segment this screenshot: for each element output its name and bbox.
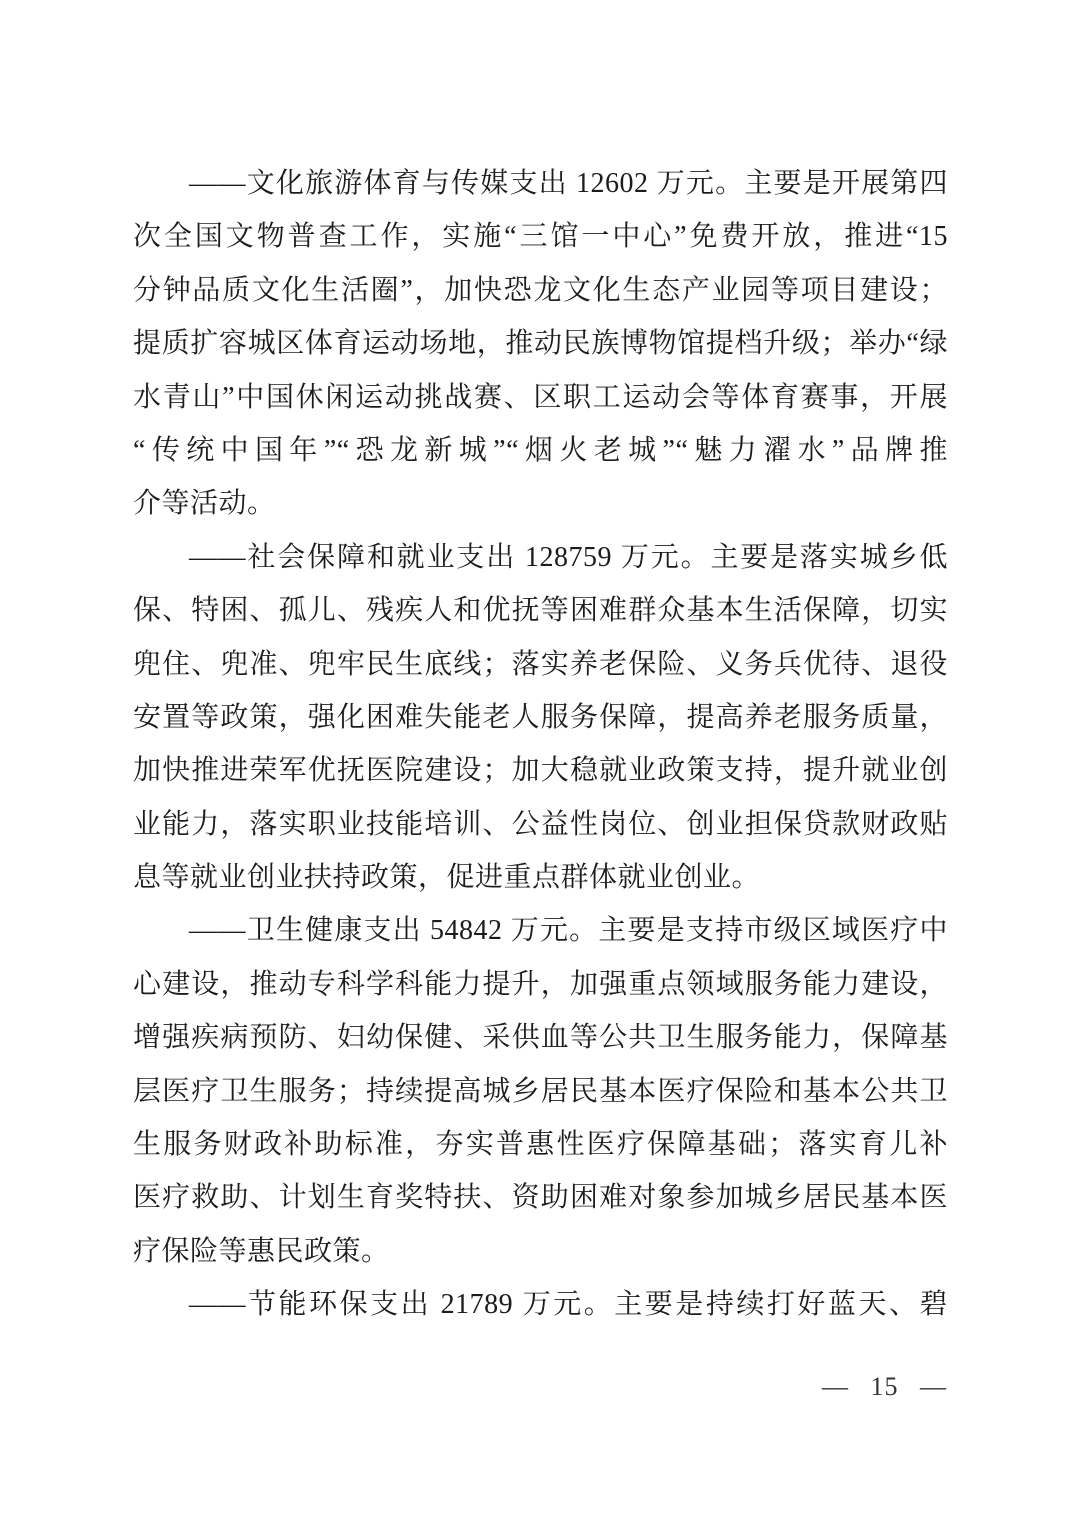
- text-line: ——节能环保支出 21789 万元。主要是持续打好蓝天、碧水、: [133, 1278, 948, 1331]
- text-line: 生服务财政补助标准，夯实普惠性医疗保障基础；落实育儿补贴、: [133, 1118, 948, 1171]
- document-body: ——文化旅游体育与传媒支出 12602 万元。主要是开展第四次全国文物普查工作，…: [133, 157, 948, 1332]
- text-line: 提质扩容城区体育运动场地，推动民族博物馆提档升级；举办“绿: [133, 317, 948, 370]
- text-line: 增强疾病预防、妇幼保健、采供血等公共卫生服务能力，保障基: [133, 1011, 948, 1064]
- document-page: ——文化旅游体育与传媒支出 12602 万元。主要是开展第四次全国文物普查工作，…: [0, 0, 1074, 1520]
- text-line: “传统中国年”“恐龙新城”“烟火老城”“魅力濯水”品牌推: [133, 424, 948, 477]
- text-line: ——文化旅游体育与传媒支出 12602 万元。主要是开展第四: [133, 157, 948, 210]
- text-line: 次全国文物普查工作，实施“三馆一中心”免费开放，推进“15: [133, 210, 948, 263]
- text-line: 安置等政策，强化困难失能老人服务保障，提高养老服务质量，: [133, 691, 948, 744]
- text-line: 分钟品质文化生活圈”，加快恐龙文化生态产业园等项目建设；: [133, 264, 948, 317]
- text-line: 加快推进荣军优抚医院建设；加大稳就业政策支持，提升就业创: [133, 744, 948, 797]
- text-line: ——卫生健康支出 54842 万元。主要是支持市级区域医疗中: [133, 904, 948, 957]
- text-line: 层医疗卫生服务；持续提高城乡居民基本医疗保险和基本公共卫: [133, 1065, 948, 1118]
- text-line: 水青山”中国休闲运动挑战赛、区职工运动会等体育赛事，开展: [133, 371, 948, 424]
- text-line: 保、特困、孤儿、残疾人和优抚等困难群众基本生活保障，切实: [133, 584, 948, 637]
- text-line: 息等就业创业扶持政策，促进重点群体就业创业。: [133, 851, 948, 904]
- text-line: 医疗救助、计划生育奖特扶、资助困难对象参加城乡居民基本医: [133, 1171, 948, 1224]
- paragraph-culture-tourism-sports-media-expenditure: ——文化旅游体育与传媒支出 12602 万元。主要是开展第四次全国文物普查工作，…: [133, 157, 948, 531]
- paragraph-social-security-employment-expenditure: ——社会保障和就业支出 128759 万元。主要是落实城乡低保、特困、孤儿、残疾…: [133, 531, 948, 905]
- text-line: ——社会保障和就业支出 128759 万元。主要是落实城乡低: [133, 531, 948, 584]
- text-line: 兜住、兜准、兜牢民生底线；落实养老保险、义务兵优待、退役: [133, 638, 948, 691]
- text-line: 介等活动。: [133, 477, 948, 530]
- text-line: 疗保险等惠民政策。: [133, 1225, 948, 1278]
- page-number: — 15 —: [822, 1372, 947, 1401]
- page-footer: — 15 —: [647, 1372, 947, 1402]
- text-line: 业能力，落实职业技能培训、公益性岗位、创业担保贷款财政贴: [133, 798, 948, 851]
- paragraph-health-expenditure: ——卫生健康支出 54842 万元。主要是支持市级区域医疗中心建设，推动专科学科…: [133, 904, 948, 1278]
- paragraph-energy-conservation-environment-expenditure: ——节能环保支出 21789 万元。主要是持续打好蓝天、碧水、: [133, 1278, 948, 1331]
- text-line: 心建设，推动专科学科能力提升，加强重点领域服务能力建设，: [133, 958, 948, 1011]
